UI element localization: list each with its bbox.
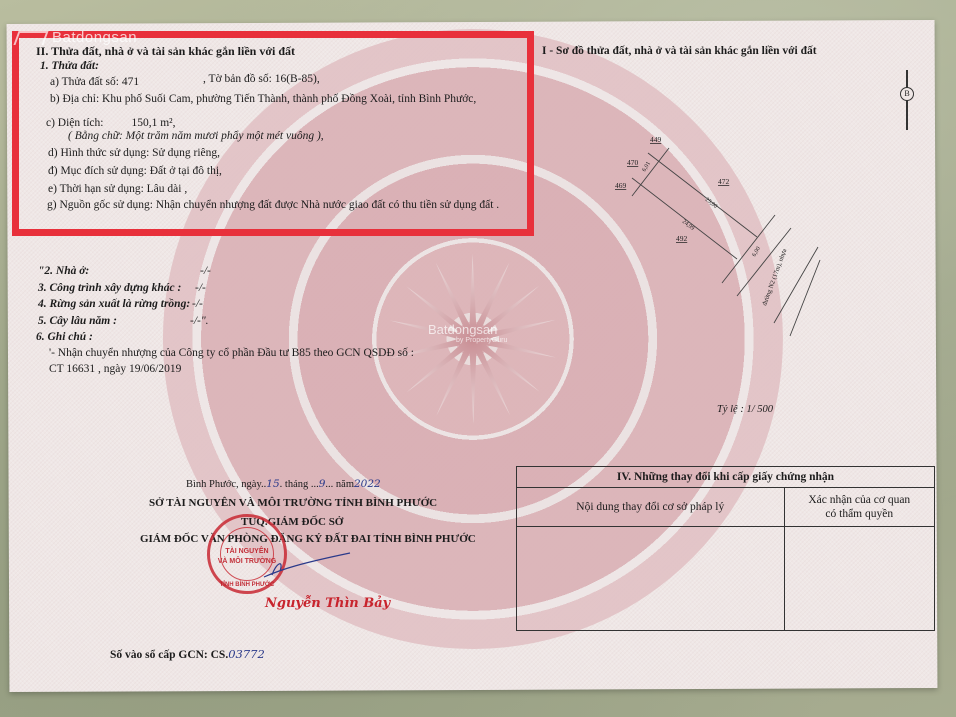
- changes-table-title: IV. Những thay đổi khi cấp giấy chứng nh…: [517, 467, 935, 488]
- signer-name: Nguyễn Thìn Bảy: [265, 596, 390, 611]
- col-authority-confirmation: Xác nhận của cơ quancó thẩm quyền: [784, 488, 934, 527]
- place-date: Bình Phước, ngày..15. tháng ...9... năm2…: [186, 478, 381, 490]
- svg-text:25,00: 25,00: [704, 197, 718, 210]
- issuing-organization: SỞ TÀI NGUYÊN VÀ MÔI TRƯỜNG TỈNH BÌNH PH…: [149, 497, 437, 509]
- svg-text:449: 449: [650, 135, 662, 144]
- col-change-content: Nội dung thay đổi cơ sở pháp lý: [517, 488, 785, 527]
- confirmation-cell: [784, 527, 934, 631]
- change-content-cell: [517, 527, 785, 631]
- svg-text:đường N2 (17m), nhựa: đường N2 (17m), nhựa: [761, 248, 788, 307]
- signer-position-2: GIÁM ĐỐC VĂN PHÒNG ĐĂNG KÝ ĐẤT ĐAI TỈNH …: [140, 533, 476, 545]
- registry-number: Số vào sổ cấp GCN: CS.03772: [110, 647, 265, 661]
- signature-scribble: [262, 549, 352, 579]
- svg-text:6,00: 6,00: [752, 246, 762, 258]
- svg-text:469: 469: [615, 181, 627, 190]
- svg-text:472: 472: [718, 177, 730, 186]
- changes-table: IV. Những thay đổi khi cấp giấy chứng nh…: [516, 466, 935, 631]
- svg-text:470: 470: [627, 158, 639, 167]
- svg-text:492: 492: [676, 234, 688, 243]
- svg-text:24,99: 24,99: [681, 219, 695, 232]
- scale-label: Tỷ lệ : 1/ 500: [717, 404, 773, 415]
- svg-text:6,01: 6,01: [642, 161, 652, 173]
